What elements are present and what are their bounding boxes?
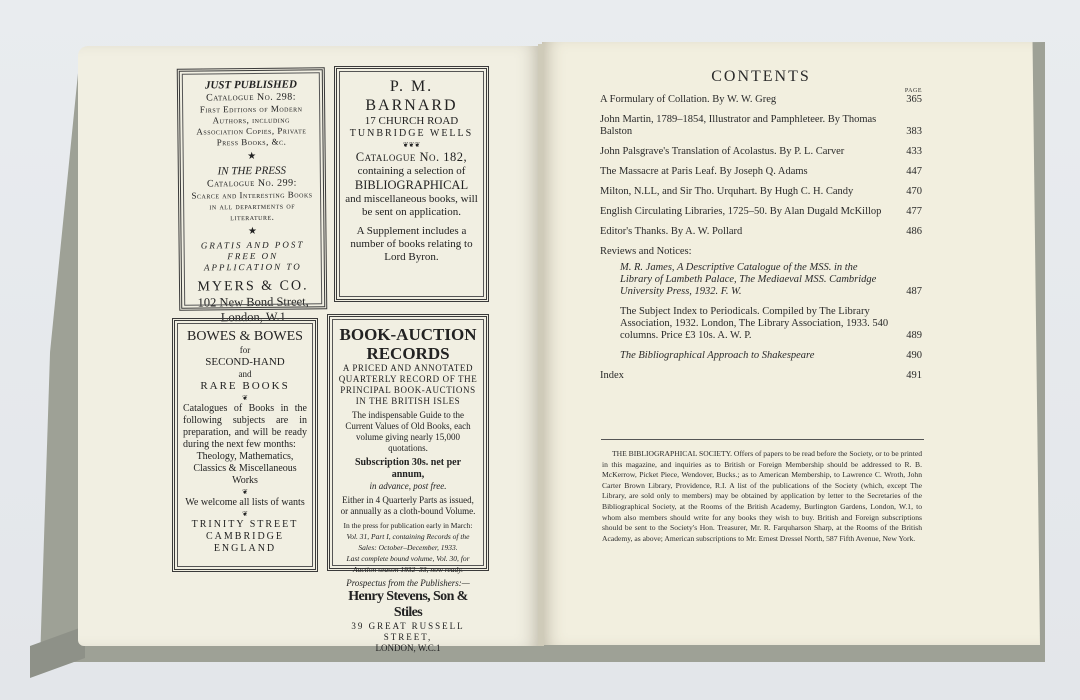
heading: IN THE PRESS — [189, 164, 315, 178]
text: and — [183, 369, 307, 380]
firm-name: BOWES & BOWES — [183, 329, 307, 345]
ornament-icon: ❦❦❦ — [345, 141, 478, 149]
toc-row: The Massacre at Paris Leaf. By Joseph Q.… — [600, 166, 922, 178]
town: TUNBRIDGE WELLS — [345, 128, 478, 140]
text: RARE BOOKS — [183, 380, 307, 393]
society-notice: THE BIBLIOGRAPHICAL SOCIETY. Offers of p… — [602, 449, 922, 544]
offer-text: GRATIS AND POST FREE ON APPLICATION TO — [190, 239, 316, 273]
ad-book-auction-records: BOOK-AUCTION RECORDS A PRICED AND ANNOTA… — [327, 314, 489, 571]
firm-name: MYERS & CO. — [190, 278, 316, 295]
subscription: Subscription 30s. net per annum, — [338, 457, 478, 481]
address: LONDON, W.C.1 — [338, 643, 478, 654]
fleuron-icon: ❦ — [183, 510, 307, 518]
review-row: M. R. James, A Descriptive Catalogue of … — [600, 262, 922, 298]
star-icon: ★ — [189, 150, 315, 162]
toc-row: John Palsgrave's Translation of Acolastu… — [600, 146, 922, 158]
heading: JUST PUBLISHED — [188, 78, 314, 92]
guide: The indispensable Guide to the Current V… — [338, 410, 478, 454]
toc-row-index: Index491 — [600, 370, 922, 382]
text: SECOND-HAND — [183, 356, 307, 369]
ad-myers: JUST PUBLISHED Catalogue No. 298: First … — [177, 67, 328, 311]
press: In the press for publication early in Ma… — [338, 520, 478, 531]
subscription-note: in advance, post free. — [338, 481, 478, 492]
vol31: Vol. 31, Part I, containing Records of t… — [338, 531, 478, 553]
firm-name: P. M. BARNARD — [345, 77, 478, 115]
title: BOOK-AUCTION — [338, 325, 478, 344]
subtitle: A PRICED AND ANNOTATED QUARTERLY RECORD … — [338, 363, 478, 407]
title: RECORDS — [338, 344, 478, 363]
catalogue-desc: First Editions of Modern Authors, includ… — [188, 103, 314, 148]
ad-barnard: P. M. BARNARD 17 CHURCH ROAD TUNBRIDGE W… — [334, 66, 489, 302]
fleuron-icon: ❦ — [183, 394, 307, 402]
fleuron-icon: ❦ — [183, 488, 307, 496]
book-gutter — [538, 44, 544, 646]
address: TRINITY STREET — [183, 519, 307, 531]
toc-row: Editor's Thanks. By A. W. Pollard486 — [600, 226, 922, 238]
address: 39 GREAT RUSSELL STREET, — [338, 621, 478, 643]
ad-bowes: BOWES & BOWES for SECOND-HAND and RARE B… — [172, 318, 318, 572]
contents-section: CONTENTS PAGE A Formulary of Collation. … — [600, 68, 922, 390]
prospectus: Prospectus from the Publishers:— — [338, 578, 478, 589]
text: BIBLIOGRAPHICAL — [345, 178, 478, 193]
star-icon: ★ — [189, 225, 315, 237]
toc-row: Milton, N.LL, and Sir Tho. Urquhart. By … — [600, 186, 922, 198]
toc-row: A Formulary of Collation. By W. W. Greg3… — [600, 94, 922, 106]
vol30: Last complete bound volume, Vol. 30, for… — [338, 553, 478, 575]
text: containing a selection of — [345, 165, 478, 178]
review-row: The Bibliographical Approach to Shakespe… — [600, 350, 922, 362]
street: 17 CHURCH ROAD — [345, 115, 478, 128]
text: and miscellaneous books, will be sent on… — [345, 193, 478, 219]
publisher: Henry Stevens, Son & Stiles — [338, 589, 478, 621]
catalogue: Catalogue No. 182, — [345, 150, 478, 165]
body: Catalogues of Books in the following sub… — [183, 403, 307, 451]
divider — [601, 439, 924, 440]
supplement: A Supplement includes a number of books … — [345, 225, 478, 264]
catalogue-desc: Scarce and Interesting Books in all depa… — [189, 189, 315, 223]
wants: We welcome all lists of wants — [183, 497, 307, 509]
address: CAMBRIDGE — [183, 531, 307, 543]
toc-row: English Circulating Libraries, 1725–50. … — [600, 206, 922, 218]
text: for — [183, 345, 307, 356]
page-title: CONTENTS — [600, 68, 922, 86]
reviews-heading: Reviews and Notices: — [600, 246, 922, 258]
toc-row: John Martin, 1789–1854, Illustrator and … — [600, 114, 922, 138]
review-row: The Subject Index to Periodicals. Compil… — [600, 306, 922, 342]
either: Either in 4 Quarterly Parts as issued, o… — [338, 495, 478, 517]
subjects: Theology, Mathematics, Classics & Miscel… — [183, 451, 307, 487]
address: ENGLAND — [183, 543, 307, 555]
address: 102 New Bond Street, — [190, 294, 316, 310]
